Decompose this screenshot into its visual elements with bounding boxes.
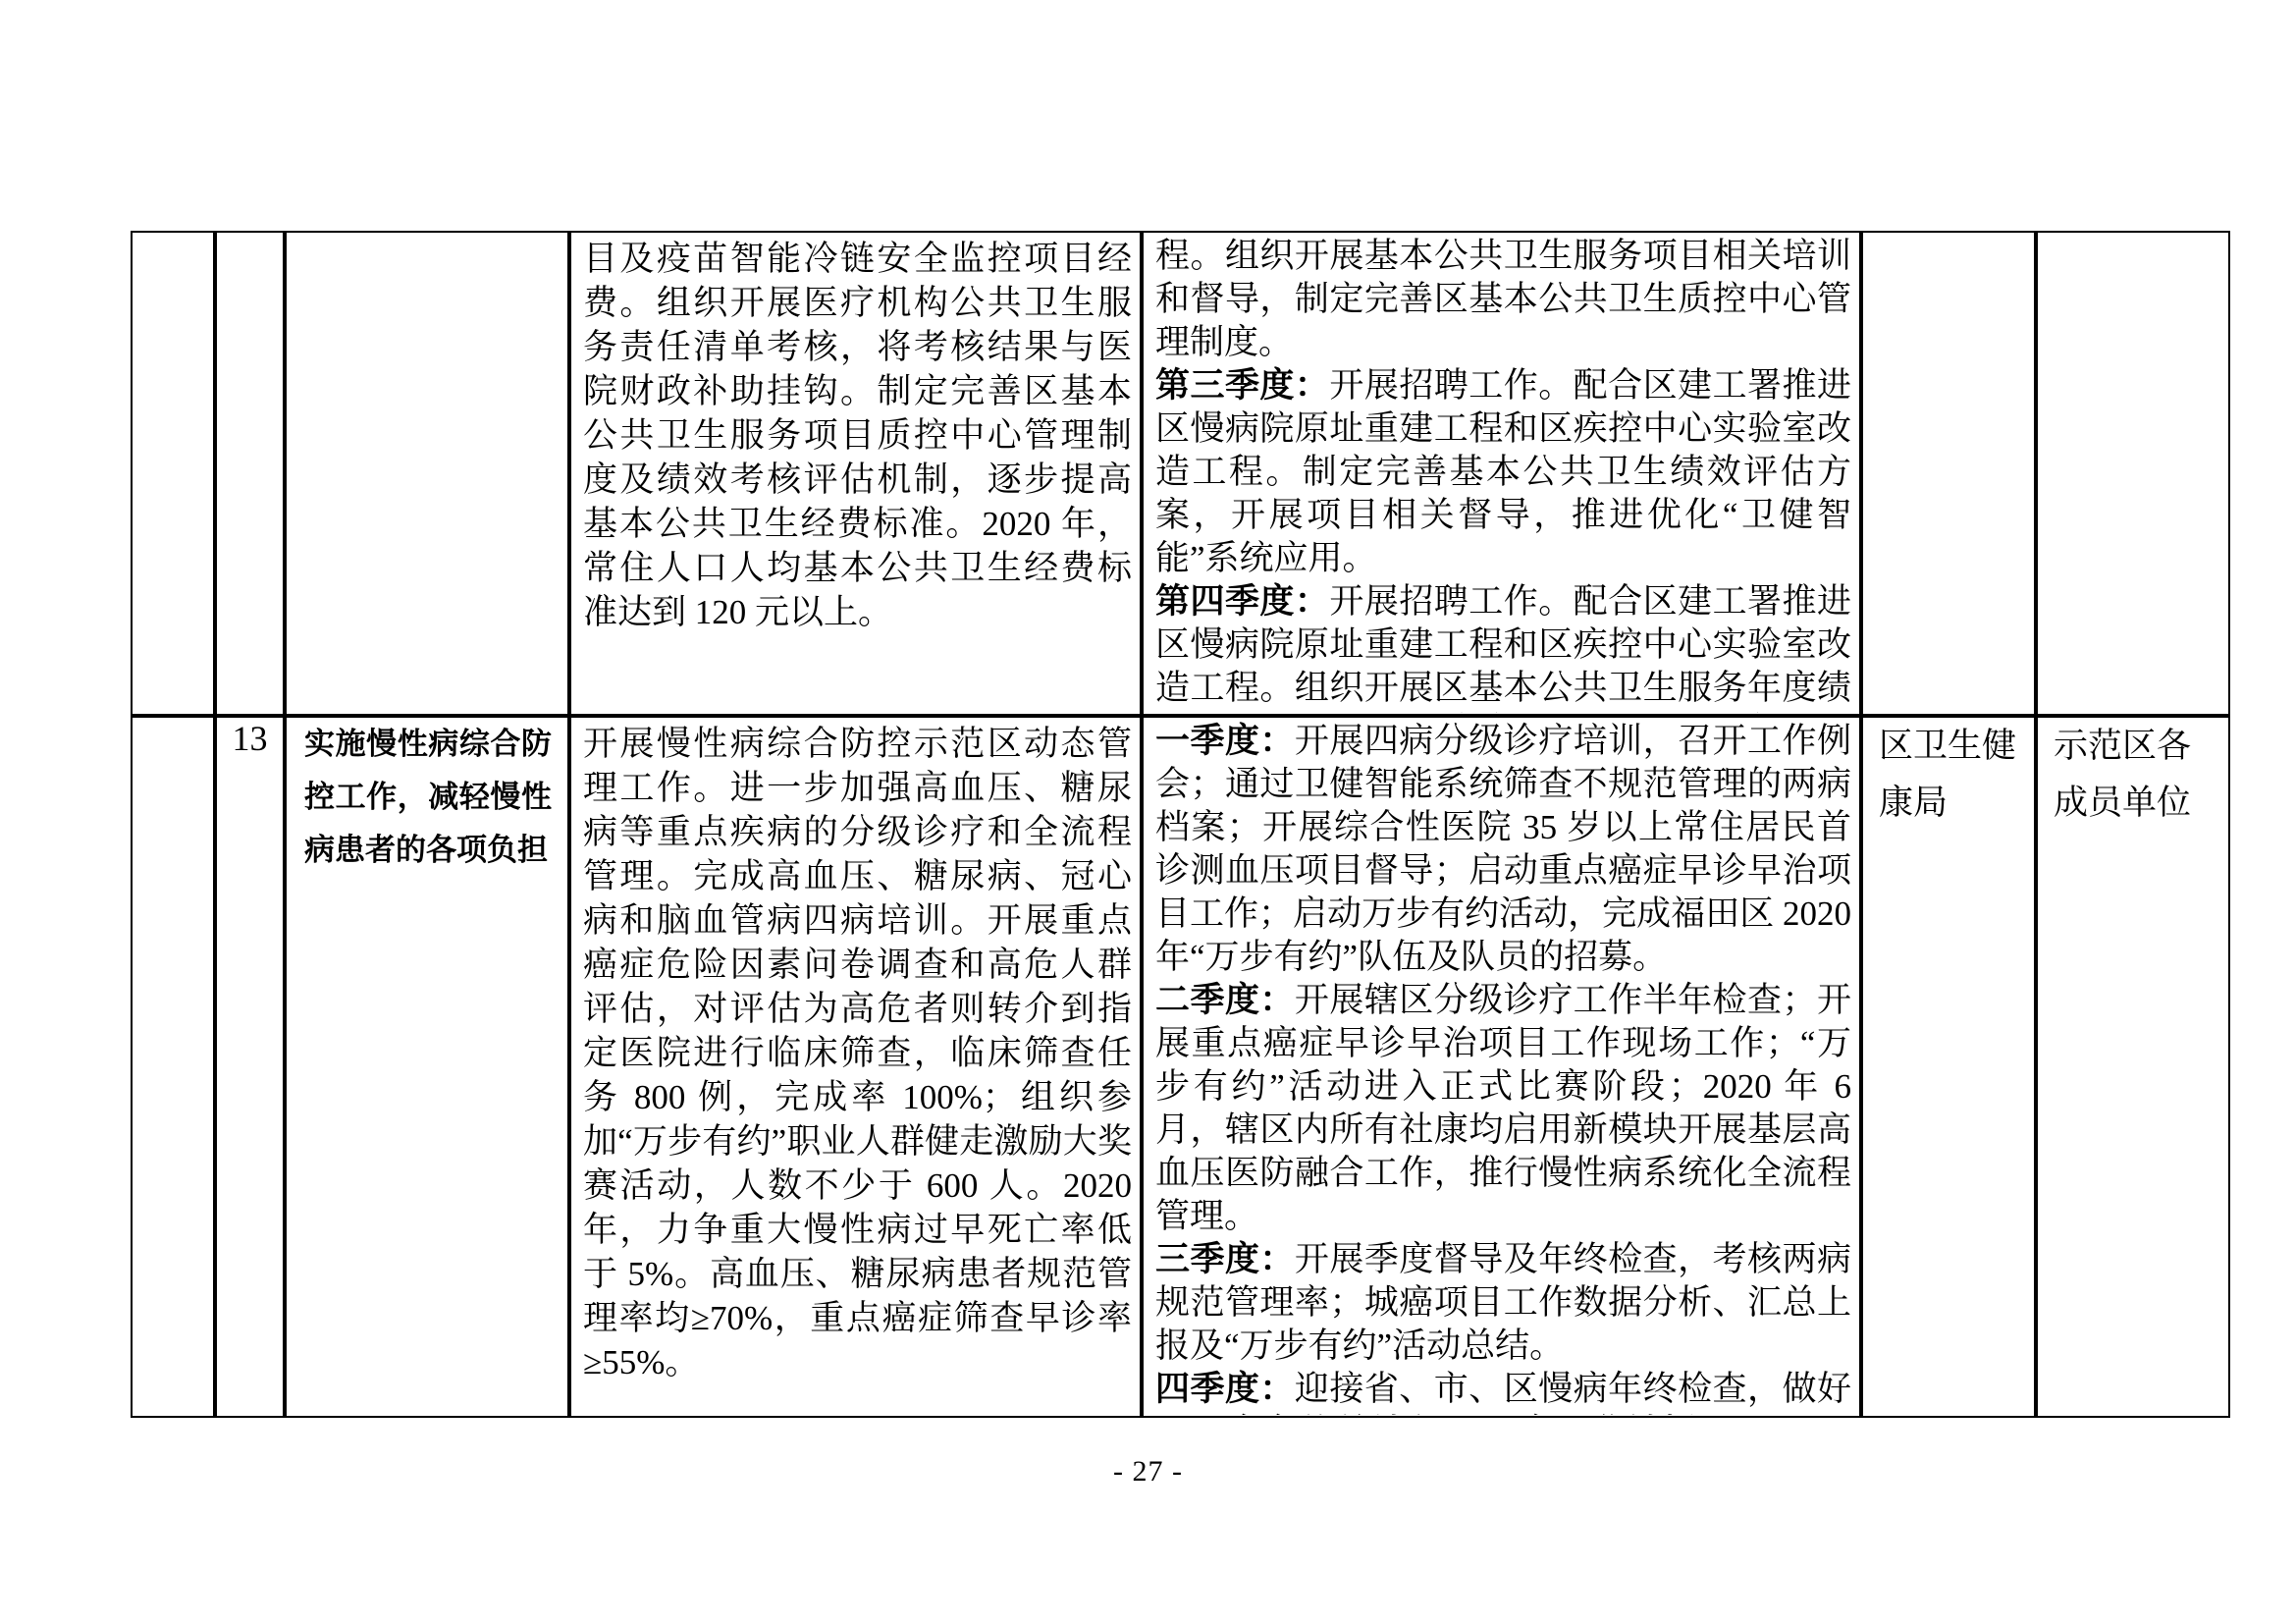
- row13-quarter-paragraph: 三季度：开展季度督导及年终检查，考核两病规范管理率；城癌项目工作数据分析、汇总上…: [1155, 1238, 1851, 1368]
- row13-index-cell: 13: [215, 716, 285, 1417]
- row13-quarter-paragraph: 四季度：迎接省、市、区慢病年终检查，做好 2020 年年终总结和 2021 年工…: [1155, 1368, 1851, 1415]
- table-row-13: 13 实施慢性病综合防控工作，减轻慢性病患者的各项负担 开展慢性病综合防控示范区…: [132, 716, 2229, 1417]
- work-plan-table: 目及疫苗智能冷链安全监控项目经费。组织开展医疗机构公共卫生服务责任清单考核，将考…: [131, 231, 2230, 1418]
- row13-lead-unit: 区卫生健康局: [1863, 718, 2034, 832]
- row13-member-units: 示范区各成员单位: [2038, 718, 2228, 832]
- row13-task-title-cell: 实施慢性病综合防控工作，减轻慢性病患者的各项负担: [285, 716, 569, 1417]
- row12-task-description-cell: 目及疫苗智能冷链安全监控项目经费。组织开展医疗机构公共卫生服务责任清单考核，将考…: [569, 232, 1142, 716]
- row12-quarter-paragraph: 第三季度：开展招聘工作。配合区建工署推进区慢病院原址重建工程和区疾控中心实验室改…: [1155, 364, 1851, 580]
- quarter-label: 三季度：: [1155, 1240, 1295, 1278]
- row13-member-units-cell: 示范区各成员单位: [2036, 716, 2229, 1417]
- row12-member-units-cell: [2036, 232, 2229, 716]
- row12-task-description: 目及疫苗智能冷链安全监控项目经费。组织开展医疗机构公共卫生服务责任清单考核，将考…: [571, 233, 1140, 636]
- quarter-label: 四季度：: [1155, 1370, 1295, 1408]
- row12-index-cell: [215, 232, 285, 716]
- quarter-text: 程。组织开展基本公共卫生服务项目相关培训和督导，制定完善区基本公共卫生质控中心管…: [1155, 237, 1851, 361]
- row13-task-title: 实施慢性病综合防控工作，减轻慢性病患者的各项负担: [287, 718, 567, 877]
- page-number: - 27 -: [0, 1455, 2296, 1489]
- quarter-label: 二季度：: [1155, 981, 1295, 1019]
- quarter-label: 第三季度：: [1155, 366, 1329, 405]
- row12-quarterly-plan-cell: 程。组织开展基本公共卫生服务项目相关培训和督导，制定完善区基本公共卫生质控中心管…: [1142, 232, 1861, 716]
- row12-category-cell: [132, 232, 215, 716]
- quarter-label: 一季度：: [1155, 722, 1295, 760]
- row13-quarter-paragraph: 一季度：开展四病分级诊疗培训，召开工作例会；通过卫健智能系统筛查不规范管理的两病…: [1155, 720, 1851, 979]
- row12-quarter-paragraph: 第四季度：开展招聘工作。配合区建工署推进区慢病院原址重建工程和区疾控中心实验室改…: [1155, 580, 1851, 713]
- row13-task-description: 开展慢性病综合防控示范区动态管理工作。进一步加强高血压、糖尿病等重点疾病的分级诊…: [571, 718, 1140, 1386]
- quarter-label: 第四季度：: [1155, 582, 1329, 621]
- row13-quarterly-plan: 一季度：开展四病分级诊疗培训，召开工作例会；通过卫健智能系统筛查不规范管理的两病…: [1144, 718, 1859, 1415]
- row13-index: 13: [217, 718, 283, 759]
- row12-task-title-cell: [285, 232, 569, 716]
- document-page: 目及疫苗智能冷链安全监控项目经费。组织开展医疗机构公共卫生服务责任清单考核，将考…: [0, 0, 2296, 1624]
- row12-lead-unit-cell: [1861, 232, 2036, 716]
- row13-lead-unit-cell: 区卫生健康局: [1861, 716, 2036, 1417]
- table-row-12-continued: 目及疫苗智能冷链安全监控项目经费。组织开展医疗机构公共卫生服务责任清单考核，将考…: [132, 232, 2229, 716]
- row13-task-description-cell: 开展慢性病综合防控示范区动态管理工作。进一步加强高血压、糖尿病等重点疾病的分级诊…: [569, 716, 1142, 1417]
- row13-category-cell: [132, 716, 215, 1417]
- row12-quarter-paragraph: 程。组织开展基本公共卫生服务项目相关培训和督导，制定完善区基本公共卫生质控中心管…: [1155, 235, 1851, 364]
- row13-quarter-paragraph: 二季度：开展辖区分级诊疗工作半年检查；开展重点癌症早诊早治项目工作现场工作；“万…: [1155, 979, 1851, 1238]
- row13-quarterly-plan-cell: 一季度：开展四病分级诊疗培训，召开工作例会；通过卫健智能系统筛查不规范管理的两病…: [1142, 716, 1861, 1417]
- row12-quarterly-plan: 程。组织开展基本公共卫生服务项目相关培训和督导，制定完善区基本公共卫生质控中心管…: [1144, 233, 1859, 713]
